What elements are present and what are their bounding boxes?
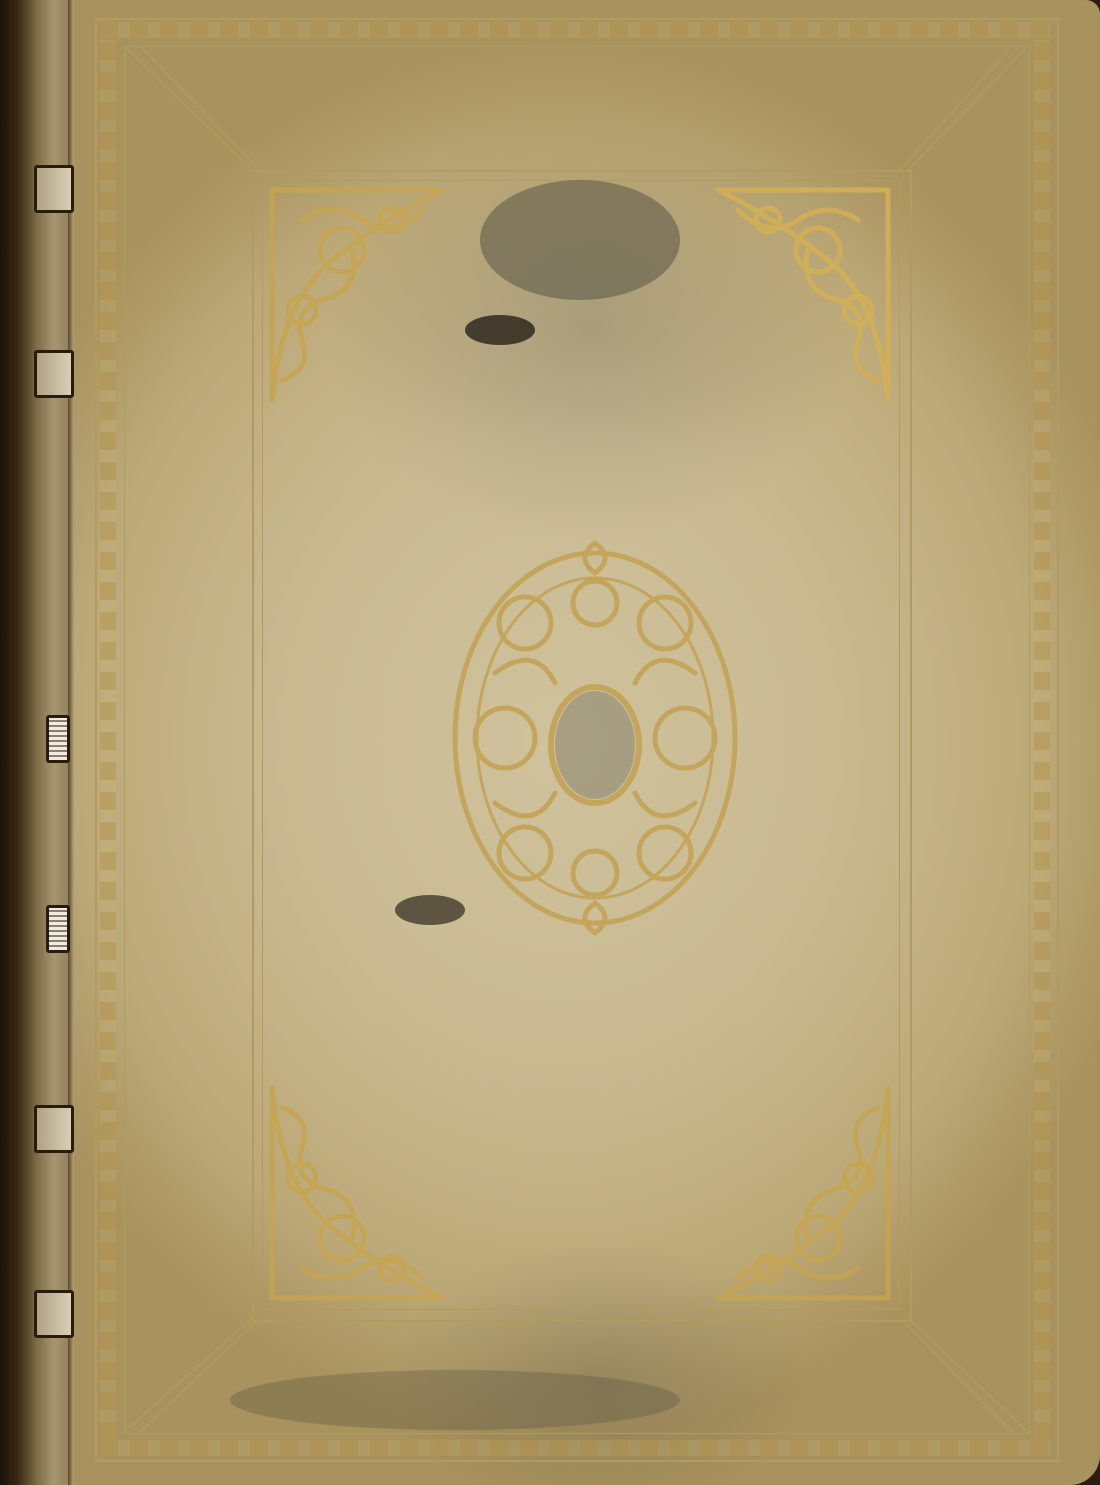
- ink-stain: [465, 315, 535, 345]
- corner-fleuron-top-left: [262, 180, 452, 410]
- corner-fleuron-bottom-left: [262, 1078, 452, 1308]
- corner-fleuron-top-right: [708, 180, 898, 410]
- corner-fleuron-bottom-right: [708, 1078, 898, 1308]
- central-oval-medallion: [435, 533, 755, 943]
- dirt-stain: [230, 1370, 680, 1430]
- dirt-stain: [480, 180, 680, 300]
